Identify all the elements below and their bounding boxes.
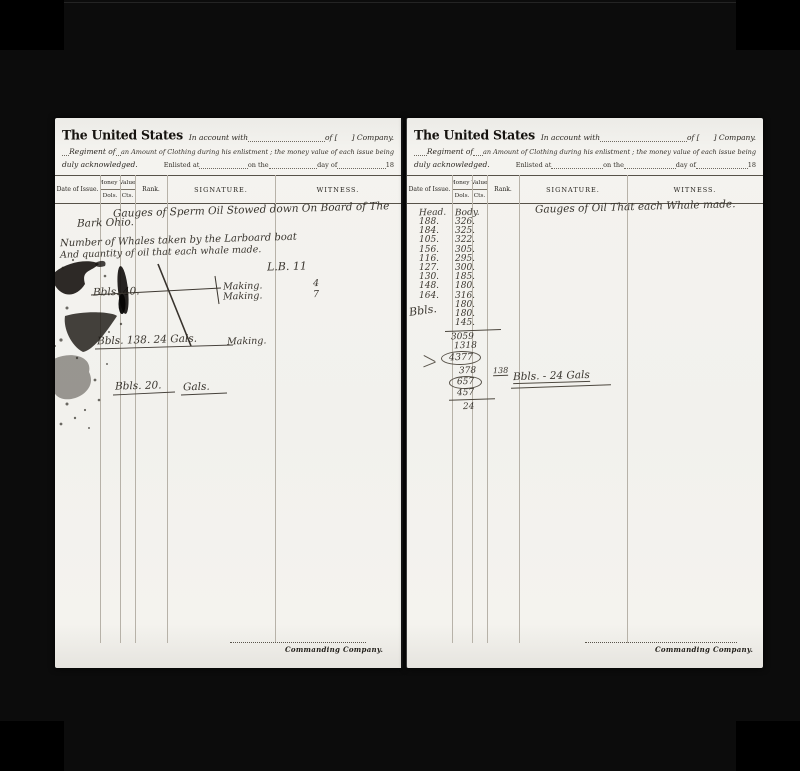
fill-in-line (337, 160, 386, 169)
film-corner-top-right (736, 0, 800, 50)
column-rule (519, 175, 520, 643)
in-account-with-label: In account with (189, 133, 248, 142)
hw-heading-line2: Bark Ohio. (77, 216, 134, 230)
hw-entry2-note: Making. (227, 335, 267, 347)
company-label: ] Company. (352, 133, 394, 142)
hw-subtotal-head: 1318 (454, 341, 477, 352)
duly-acknowledged-label: duly acknowledged. (62, 160, 138, 169)
commanding-company-label: Commanding Company. (285, 645, 383, 654)
col-rank: Rank. (487, 176, 519, 203)
hw-boat-label: L.B. 11 (267, 259, 307, 273)
fill-in-line (600, 133, 687, 142)
ledger-left-page: The United States In account with of [ ]… (55, 118, 403, 668)
col-dols: Dols. (100, 189, 120, 203)
hw-entry2-amount: Bbls. 138. 24 Gals. (97, 333, 197, 348)
form-header-line1: The United States In account with of [ ]… (62, 127, 394, 142)
form-title: The United States (414, 127, 535, 143)
col-signature: SIGNATURE. (519, 176, 627, 203)
on-the-label: on the (603, 161, 624, 169)
column-rule (452, 175, 453, 643)
hw-body-values: 326.325.322.305.295.300.185.180.316.180.… (455, 218, 475, 328)
year-prefix: 18 (386, 161, 394, 169)
regiment-of-label: Regiment of (69, 147, 115, 156)
day-of-label: day of (676, 161, 696, 169)
hw-head-values: 188.184.105.156.116.127.130.148.164. (419, 218, 439, 301)
division-bracket-mark (423, 362, 435, 368)
signature-dotted-line (230, 642, 366, 644)
microfilm-scan: The United States In account with of [ ]… (0, 0, 800, 771)
hw-bbls-count: 138 (493, 366, 509, 376)
flourish-underline (511, 384, 611, 388)
hw-bbls-note: Bbls. - 24 Gals (513, 369, 590, 384)
form-header-line3: duly acknowledged. Enlisted at on the da… (62, 160, 394, 169)
year-prefix: 18 (748, 161, 756, 169)
col-cts: Cts. (472, 189, 487, 203)
hw-entry1-amount: Bbls. 40. (93, 285, 140, 298)
in-account-with-label: In account with (541, 133, 600, 142)
hw-scratch-3: 457 (457, 388, 474, 398)
hw-entry3-amount: Bbls. 20. (115, 379, 162, 392)
col-dols: Dols. (452, 189, 472, 203)
commanding-company-label: Commanding Company. (655, 645, 753, 654)
fill-in-line (624, 160, 676, 169)
signature-dotted-line (585, 642, 737, 644)
company-label: ] Company. (714, 133, 756, 142)
fill-in-line (269, 160, 318, 169)
fill-in-line (551, 160, 603, 169)
hw-entry1-note2: Making. (223, 290, 263, 302)
form-header-line3: duly acknowledged. Enlisted at on the da… (414, 160, 756, 169)
form-title: The United States (62, 127, 183, 143)
fill-in-line (696, 160, 748, 169)
col-money-value: Money Value. (100, 176, 135, 190)
fill-in-line (248, 133, 325, 142)
form-header-line2: Regiment of an Amount of Clothing during… (62, 147, 394, 156)
enlisted-at-label: Enlisted at (516, 161, 552, 169)
col-signature: SIGNATURE. (167, 176, 275, 203)
fill-in-line (199, 160, 248, 169)
regiment-of-label: Regiment of (427, 147, 473, 156)
hw-scratch-1: 378 (459, 366, 476, 376)
list-item: 164. (419, 292, 439, 301)
column-rule (627, 175, 628, 643)
table-header: Date of Issue. Money Value. Dols. Cts. R… (55, 175, 401, 204)
form-header-line2: Regiment of an Amount of Clothing during… (414, 147, 756, 156)
col-rank: Rank. (135, 176, 167, 203)
col-cts: Cts. (120, 189, 135, 203)
film-corner-top-left (0, 0, 64, 50)
form-header-line1: The United States In account with of [ ]… (414, 127, 756, 142)
day-of-label: day of (317, 161, 337, 169)
film-corner-bottom-left (0, 721, 64, 771)
hw-entry3-note: Gals. (183, 381, 210, 394)
col-witness: WITNESS. (275, 176, 401, 203)
col-date-of-issue: Date of Issue. (407, 176, 452, 203)
hw-entry1-val2: 7 (313, 289, 319, 300)
hw-grand-total: 4377 (441, 350, 482, 365)
ledger-right-page: The United States In account with of [ ]… (406, 118, 763, 668)
clothing-clause: an Amount of Clothing during his enlistm… (121, 148, 394, 156)
clothing-clause: an Amount of Clothing during his enlistm… (483, 148, 756, 156)
on-the-label: on the (248, 161, 269, 169)
hw-scratch-4: 24 (463, 402, 475, 412)
of-bracket-label: of [ (325, 133, 338, 142)
list-item: 145. (455, 319, 475, 328)
col-money-value: Money Value. (452, 176, 487, 190)
col-date-of-issue: Date of Issue. (55, 176, 100, 203)
film-edge-line (0, 2, 800, 3)
fill-in-line (414, 147, 427, 156)
hw-entry1-val1: 4 (313, 278, 319, 289)
hw-head-flourish: Bbls. (408, 302, 437, 319)
duly-acknowledged-label: duly acknowledged. (414, 160, 490, 169)
film-corner-bottom-right (736, 721, 800, 771)
of-bracket-label: of [ (687, 133, 700, 142)
fill-in-line (473, 147, 483, 156)
enlisted-at-label: Enlisted at (164, 161, 200, 169)
column-rule (275, 175, 276, 643)
column-rule (487, 175, 488, 643)
